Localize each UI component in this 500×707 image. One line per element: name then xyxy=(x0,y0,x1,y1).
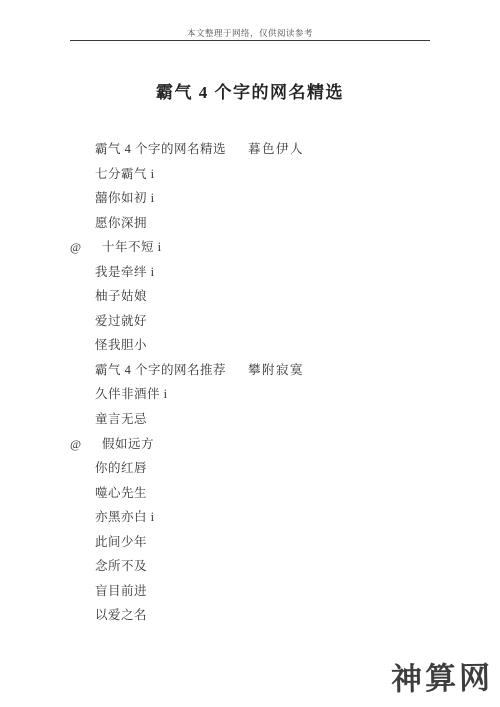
list-item: 七分霸气 i xyxy=(0,162,500,187)
net-name-text: 霸气 4 个字的网名推荐 xyxy=(95,363,226,377)
net-name-text: 十年不短 i xyxy=(102,240,162,254)
list-item: 念所不及 xyxy=(0,554,500,579)
list-item: @假如远方 xyxy=(0,432,500,457)
net-name-secondary: 攀附寂寞 xyxy=(248,358,304,383)
document-page: 本文整理于网络，仅供阅读参考 霸气 4 个字的网名精选 霸气 4 个字的网名精选… xyxy=(0,0,500,707)
list-item: 怪我胆小 xyxy=(0,333,500,358)
at-symbol: @ xyxy=(70,432,82,457)
net-name-text: 我是牵绊 i xyxy=(95,265,155,279)
list-item: 亦黑亦白 i xyxy=(0,505,500,530)
net-name-text: 愿你深拥 xyxy=(95,216,147,230)
list-item: 噬心先生 xyxy=(0,481,500,506)
header-divider xyxy=(70,40,430,41)
list-item: 愿你深拥 xyxy=(0,211,500,236)
net-name-text: 念所不及 xyxy=(95,559,147,573)
net-name-text: 以爱之名 xyxy=(95,608,147,622)
net-name-text: 假如远方 xyxy=(102,437,154,451)
at-symbol: @ xyxy=(70,235,82,260)
net-name-secondary: 暮色伊人 xyxy=(248,137,304,162)
list-item: 你的红唇 xyxy=(0,456,500,481)
list-item: 久伴非酒伴 i xyxy=(0,382,500,407)
list-item: 霸气 4 个字的网名推荐攀附寂寞 xyxy=(0,358,500,383)
net-name-text: 你的红唇 xyxy=(95,461,147,475)
list-item: 盲目前进 xyxy=(0,579,500,604)
net-name-text: 爱过就好 xyxy=(95,314,147,328)
list-item: 囍你如初 i xyxy=(0,186,500,211)
page-title: 霸气 4 个字的网名精选 xyxy=(0,78,500,103)
net-name-text: 盲目前进 xyxy=(95,584,147,598)
net-name-list: 霸气 4 个字的网名精选暮色伊人 七分霸气 i 囍你如初 i 愿你深拥 @十年不… xyxy=(0,137,500,628)
net-name-text: 童言无忌 xyxy=(95,412,147,426)
net-name-text: 噬心先生 xyxy=(95,486,147,500)
net-name-text: 囍你如初 i xyxy=(95,191,155,205)
list-item: 柚子姑娘 xyxy=(0,284,500,309)
net-name-text: 亦黑亦白 i xyxy=(95,510,155,524)
list-item: 霸气 4 个字的网名精选暮色伊人 xyxy=(0,137,500,162)
net-name-text: 霸气 4 个字的网名精选 xyxy=(95,142,226,156)
net-name-text: 久伴非酒伴 i xyxy=(95,387,168,401)
net-name-text: 柚子姑娘 xyxy=(95,289,147,303)
list-item: @十年不短 i xyxy=(0,235,500,260)
list-item: 童言无忌 xyxy=(0,407,500,432)
list-item: 以爱之名 xyxy=(0,603,500,628)
net-name-text: 此间少年 xyxy=(95,535,147,549)
header-disclaimer: 本文整理于网络，仅供阅读参考 xyxy=(0,27,500,39)
list-item: 爱过就好 xyxy=(0,309,500,334)
site-watermark: 神算网 xyxy=(391,652,494,699)
net-name-text: 七分霸气 i xyxy=(95,167,155,181)
list-item: 此间少年 xyxy=(0,530,500,555)
net-name-text: 怪我胆小 xyxy=(95,338,147,352)
list-item: 我是牵绊 i xyxy=(0,260,500,285)
